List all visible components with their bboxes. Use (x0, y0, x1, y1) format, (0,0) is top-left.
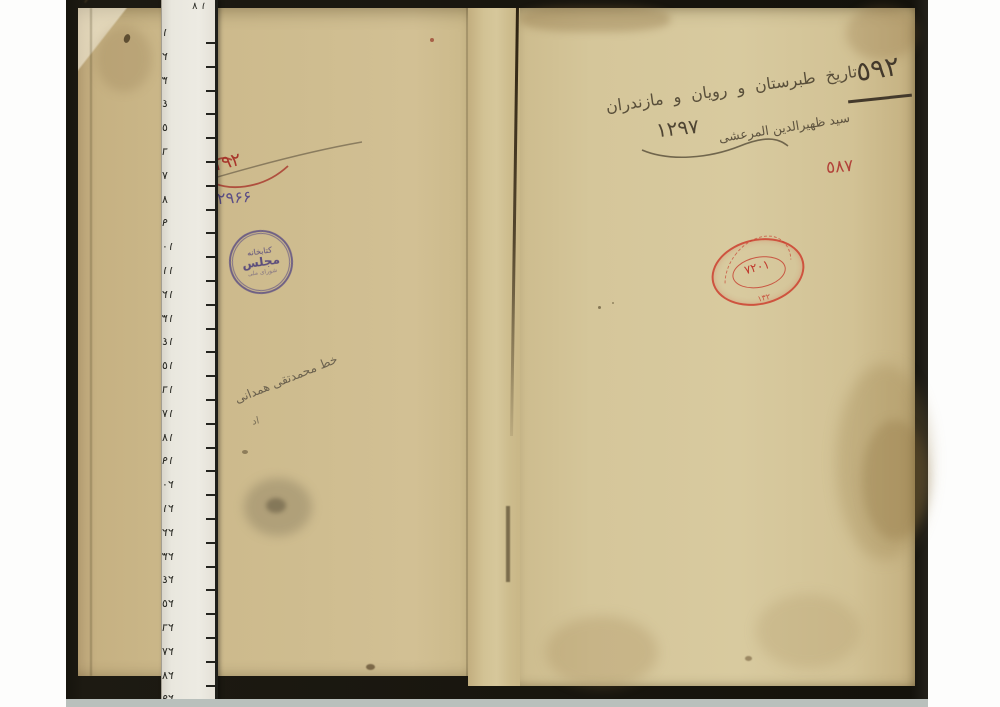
ruler-numeral: ١٥ (162, 359, 202, 373)
ruler-numeral: ٢٠ (162, 478, 202, 492)
ink-speck (612, 302, 614, 304)
ink-speck (745, 656, 752, 661)
ruler-tick (206, 232, 215, 234)
ink-speck (242, 450, 248, 454)
ruler-numeral: ١٧ (162, 407, 202, 421)
purple-register-number: ۲۹۶۶ (216, 187, 252, 208)
ruler-tick (206, 518, 215, 520)
ruler-tick (206, 661, 215, 663)
ruler-tick (206, 375, 215, 377)
ruler-numeral: ٢٨ (162, 669, 202, 683)
measuring-ruler: ٨ ١ ١٢٣٤٥٦٧٨٩١٠١١١٢١٣١٤١٥١٦١٧١٨١٩٢٠٢١٢٢٢… (161, 0, 218, 702)
scanner-bed-strip (66, 699, 928, 707)
ruler-tick (206, 90, 215, 92)
ruler-numeral: ٢٧ (162, 645, 202, 659)
ruler-numeral: ٥ (162, 121, 202, 135)
ruler-tick (206, 113, 215, 115)
ruler-tick (206, 470, 215, 472)
ruler-tick (206, 161, 215, 163)
ruler-numeral: ٢٥ (162, 597, 202, 611)
ruler-numeral: ١٤ (162, 335, 202, 349)
ink-speck (430, 38, 434, 42)
ruler-numeral: ١ (162, 26, 202, 40)
left-flyleaf-page (78, 8, 468, 676)
ruler-numeral: ٢٦ (162, 621, 202, 635)
stamp-text: کتابخانه مجلس شورای ملی (225, 226, 297, 298)
spine-crack-lower (506, 506, 510, 582)
ruler-tick (206, 137, 215, 139)
ruler-tick (206, 494, 215, 496)
ruler-tick (206, 566, 215, 568)
ruler-tick (206, 423, 215, 425)
accession-number-red: ٥٨٧ (825, 156, 854, 178)
ruler-tick (206, 66, 215, 68)
ruler-tick (206, 542, 215, 544)
ruler-numeral: ١٣ (162, 312, 202, 326)
ruler-numeral: ١١ (162, 264, 202, 278)
book-gutter (468, 8, 520, 686)
ruler-tick (206, 637, 215, 639)
ruler-numeral: ١٨ (162, 431, 202, 445)
ruler-numeral: ١٩ (162, 454, 202, 468)
purple-library-stamp: کتابخانه مجلس شورای ملی (225, 226, 297, 298)
ruler-numeral: ٦ (162, 145, 202, 159)
ruler-numeral: ٤ (162, 97, 202, 111)
ruler-numeral: ١٠ (162, 240, 202, 254)
manuscript-scan: تاریخ طبرستان و رویان و مازندران ١٢٩٧ سی… (0, 0, 1000, 707)
ruler-tick (206, 328, 215, 330)
ruler-tick (206, 42, 215, 44)
spine-crack (510, 8, 519, 436)
ruler-tick (206, 351, 215, 353)
ruler-scale: ١٢٣٤٥٦٧٨٩١٠١١١٢١٣١٤١٥١٦١٧١٨١٩٢٠٢١٢٢٢٣٢٤٢… (162, 0, 215, 702)
ruler-numeral: ١٦ (162, 383, 202, 397)
corner-fold (78, 8, 142, 86)
ruler-tick (206, 399, 215, 401)
ruler-tick (206, 613, 215, 615)
ruler-numeral: ٢٣ (162, 550, 202, 564)
ruler-numeral: ٢٢ (162, 526, 202, 540)
ink-speck (598, 306, 601, 309)
ruler-numeral: ١٢ (162, 288, 202, 302)
ruler-tick (206, 447, 215, 449)
handwriting-swash (640, 138, 790, 160)
ink-speck (366, 664, 375, 670)
cover-crease-line (90, 8, 92, 676)
ruler-tick (206, 209, 215, 211)
ruler-tick (206, 280, 215, 282)
ruler-tick (206, 256, 215, 258)
ruler-numeral: ٢٤ (162, 573, 202, 587)
right-flyleaf-page (520, 8, 915, 686)
ruler-numeral: ٧ (162, 169, 202, 183)
ruler-numeral: ٩ (162, 216, 202, 230)
ruler-numeral: ٢ (162, 50, 202, 64)
ruler-tick (206, 304, 215, 306)
stamp-text-line3: شورای ملی (248, 268, 278, 279)
ruler-numeral: ٣ (162, 74, 202, 88)
ruler-tick (206, 685, 215, 687)
ruler-numeral: ٨ (162, 193, 202, 207)
ruler-tick (206, 185, 215, 187)
ruler-numeral: ٢١ (162, 502, 202, 516)
ruler-tick (206, 589, 215, 591)
